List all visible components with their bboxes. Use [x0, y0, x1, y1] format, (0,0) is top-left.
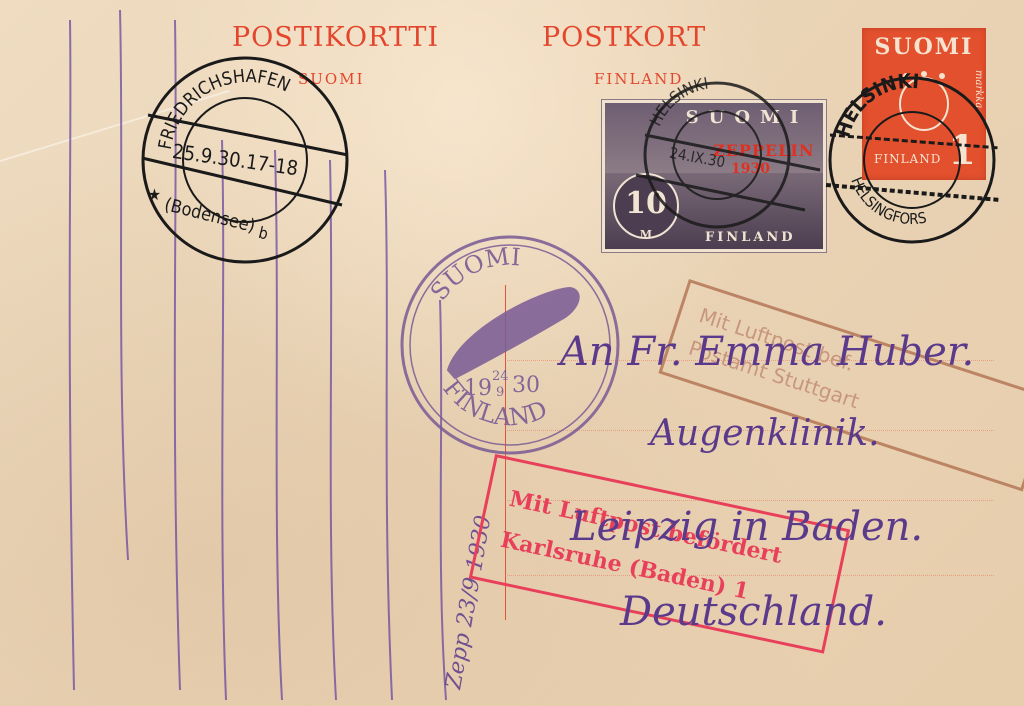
zeppelin-cachet: [402, 237, 618, 453]
friedrichshafen-postmark-bottom: (Bodensee): [162, 194, 257, 237]
star-icon: ★: [148, 185, 161, 204]
address-line-city: Leipzig in Baden.: [569, 504, 923, 550]
address-line-name: An Fr. Emma Huber.: [556, 329, 974, 375]
helsinki-postmark-2-bottom: HELSINGFORS: [847, 174, 928, 228]
karlsruhe-cachet-line2: Karlsruhe (Baden) 1: [498, 527, 751, 605]
friedrichshafen-postmark: [142, 58, 348, 262]
printed-stamp-country: SUOMI: [862, 34, 986, 60]
zeppelin-stamp-currency: M: [615, 228, 677, 241]
card-crease: [0, 90, 230, 162]
stuttgart-cachet-line1: Mit Luftpost bef.: [696, 303, 857, 376]
printed-stamp-side-text: markka: [973, 70, 984, 108]
stuttgart-cachet: Mit Luftpost bef. Postamt Stuttgart: [660, 281, 1024, 490]
postcard: POSTIKORTTI SUOMI POSTKORT FINLAND SUOMI…: [0, 0, 1024, 706]
handwritten-address: An Fr. Emma Huber. Augenklinik. Leipzig …: [556, 329, 974, 635]
address-line-3: [505, 500, 994, 501]
zeppelin-cachet-day: 24: [492, 369, 509, 384]
address-line-1: [505, 360, 994, 361]
zeppelin-cachet-year-right: 30: [512, 373, 540, 398]
karlsruhe-cachet: Mit Luftpost befördert Karlsruhe (Baden)…: [471, 456, 849, 652]
address-line-clinic: Augenklinik.: [647, 413, 880, 454]
printed-stamp-finland: FINLAND: [874, 152, 941, 166]
address-line-4: [505, 575, 994, 576]
zeppelin-cachet-top: SUOMI: [425, 242, 522, 305]
zeppelin-cachet-year-left: 19: [464, 376, 492, 401]
printed-stamp-1-markka: SUOMI markka FINLAND 1: [862, 28, 986, 180]
zeppelin-stamp-value: 10: [615, 186, 677, 221]
zeppelin-stamp-country: SUOMI: [675, 107, 819, 128]
karlsruhe-cachet-line1: Mit Luftpost befördert: [507, 486, 785, 569]
zeppelin-cachet-bottom: FINLAND: [437, 374, 551, 431]
lion-coat-of-arms-icon: [892, 70, 956, 134]
address-line-2: [505, 430, 994, 431]
header-finland: FINLAND: [594, 70, 683, 88]
zeppelin-overprint: ZEPPELIN: [713, 141, 815, 160]
header-suomi: SUOMI: [298, 70, 365, 88]
friedrichshafen-postmark-date: 25.9.30.17-18: [171, 139, 300, 180]
zeppelin-stamp-10-markka: SUOMI ZEPPELIN 1930 10 M FINLAND: [602, 100, 826, 252]
address-divider-line: [505, 285, 506, 620]
zeppelin-airship-icon: [448, 288, 579, 378]
zeppelin-stamp-finland: FINLAND: [705, 230, 796, 245]
handwritten-message: [70, 10, 446, 700]
message-date: Zepp 23/9 1930: [441, 514, 496, 693]
address-line-country: Deutschland.: [619, 589, 887, 635]
friedrichshafen-postmark-top: FRIEDRICHSHAFEN: [155, 66, 294, 151]
stuttgart-cachet-line2: Postamt Stuttgart: [686, 336, 863, 414]
header-postkort: POSTKORT: [542, 22, 706, 53]
friedrichshafen-postmark-letter: b: [257, 223, 270, 244]
zeppelin-cachet-month: 9: [496, 385, 504, 400]
printed-stamp-value: 1: [948, 127, 976, 174]
header-postikortti: POSTIKORTTI: [232, 22, 439, 53]
zeppelin-overprint-year: 1930: [731, 161, 770, 177]
